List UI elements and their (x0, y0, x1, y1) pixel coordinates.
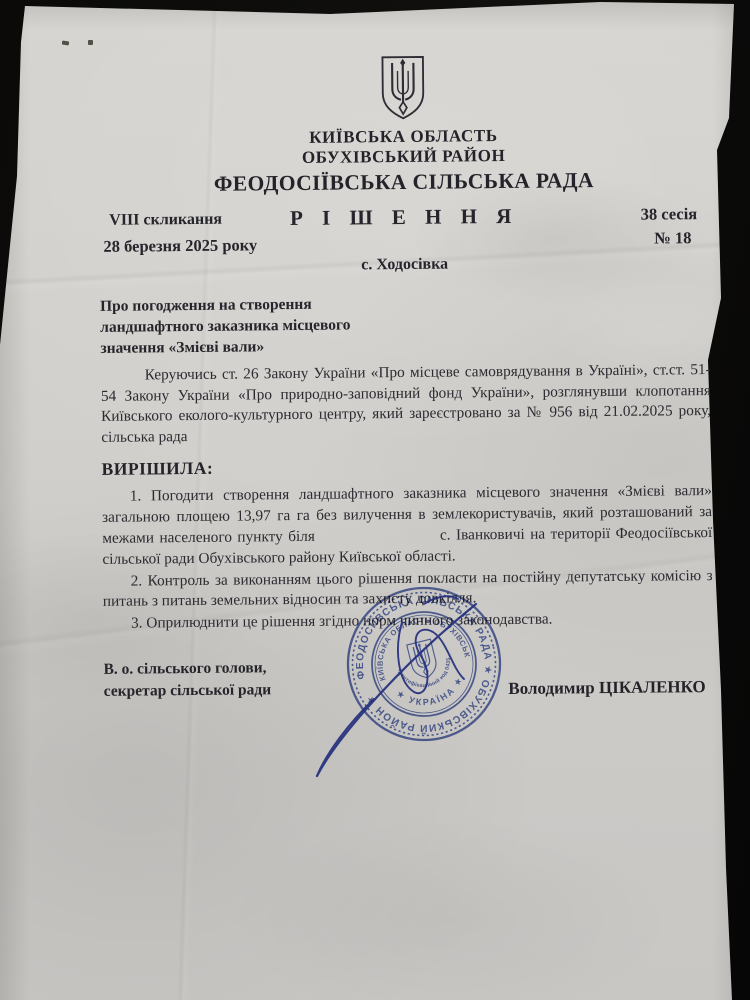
document-date: 28 березня 2025 року (103, 235, 257, 256)
signature-block: В. о. сільського голови, секретар сільсь… (103, 653, 714, 719)
resolved-heading: ВИРІШИЛА: (102, 453, 712, 480)
resolution-item-3: 3. Оприлюднити це рішення згідно норм чи… (103, 608, 713, 635)
resolution-item-1: 1. Погодити створення ландшафтного заказ… (102, 481, 713, 570)
header-council: ФЕОДОСІЇВСЬКА СІЛЬСЬКА РАДА (99, 167, 709, 197)
subject-block: Про погодження на створення ландшафтного… (100, 290, 711, 359)
resolution-item-2: 2. Контроль за виконанням цього рішення … (103, 566, 713, 613)
document-type-title: Р І Ш Е Н Н Я (99, 202, 709, 233)
document-number: № 18 (654, 228, 691, 248)
ukraine-trident-emblem-icon (376, 55, 431, 122)
document-content: КИЇВСЬКА ОБЛАСТЬ ОБУХІВСЬКИЙ РАЙОН ФЕОДО… (0, 0, 750, 720)
subject-line: значення «Змієві вали» (100, 332, 710, 359)
preamble-paragraph: Керуючись ст. 26 Закону України «Про міс… (101, 360, 712, 448)
document-meta-row: VIII скликання Р І Ш Е Н Н Я 38 сесія 28… (99, 204, 710, 282)
session-label: 38 сесія (641, 204, 698, 225)
document-place: с. Ходосівка (100, 253, 710, 277)
signer-name: Володимир ЦІКАЛЕНКО (508, 677, 706, 699)
resolution-items: 1. Погодити створення ландшафтного заказ… (102, 481, 713, 634)
